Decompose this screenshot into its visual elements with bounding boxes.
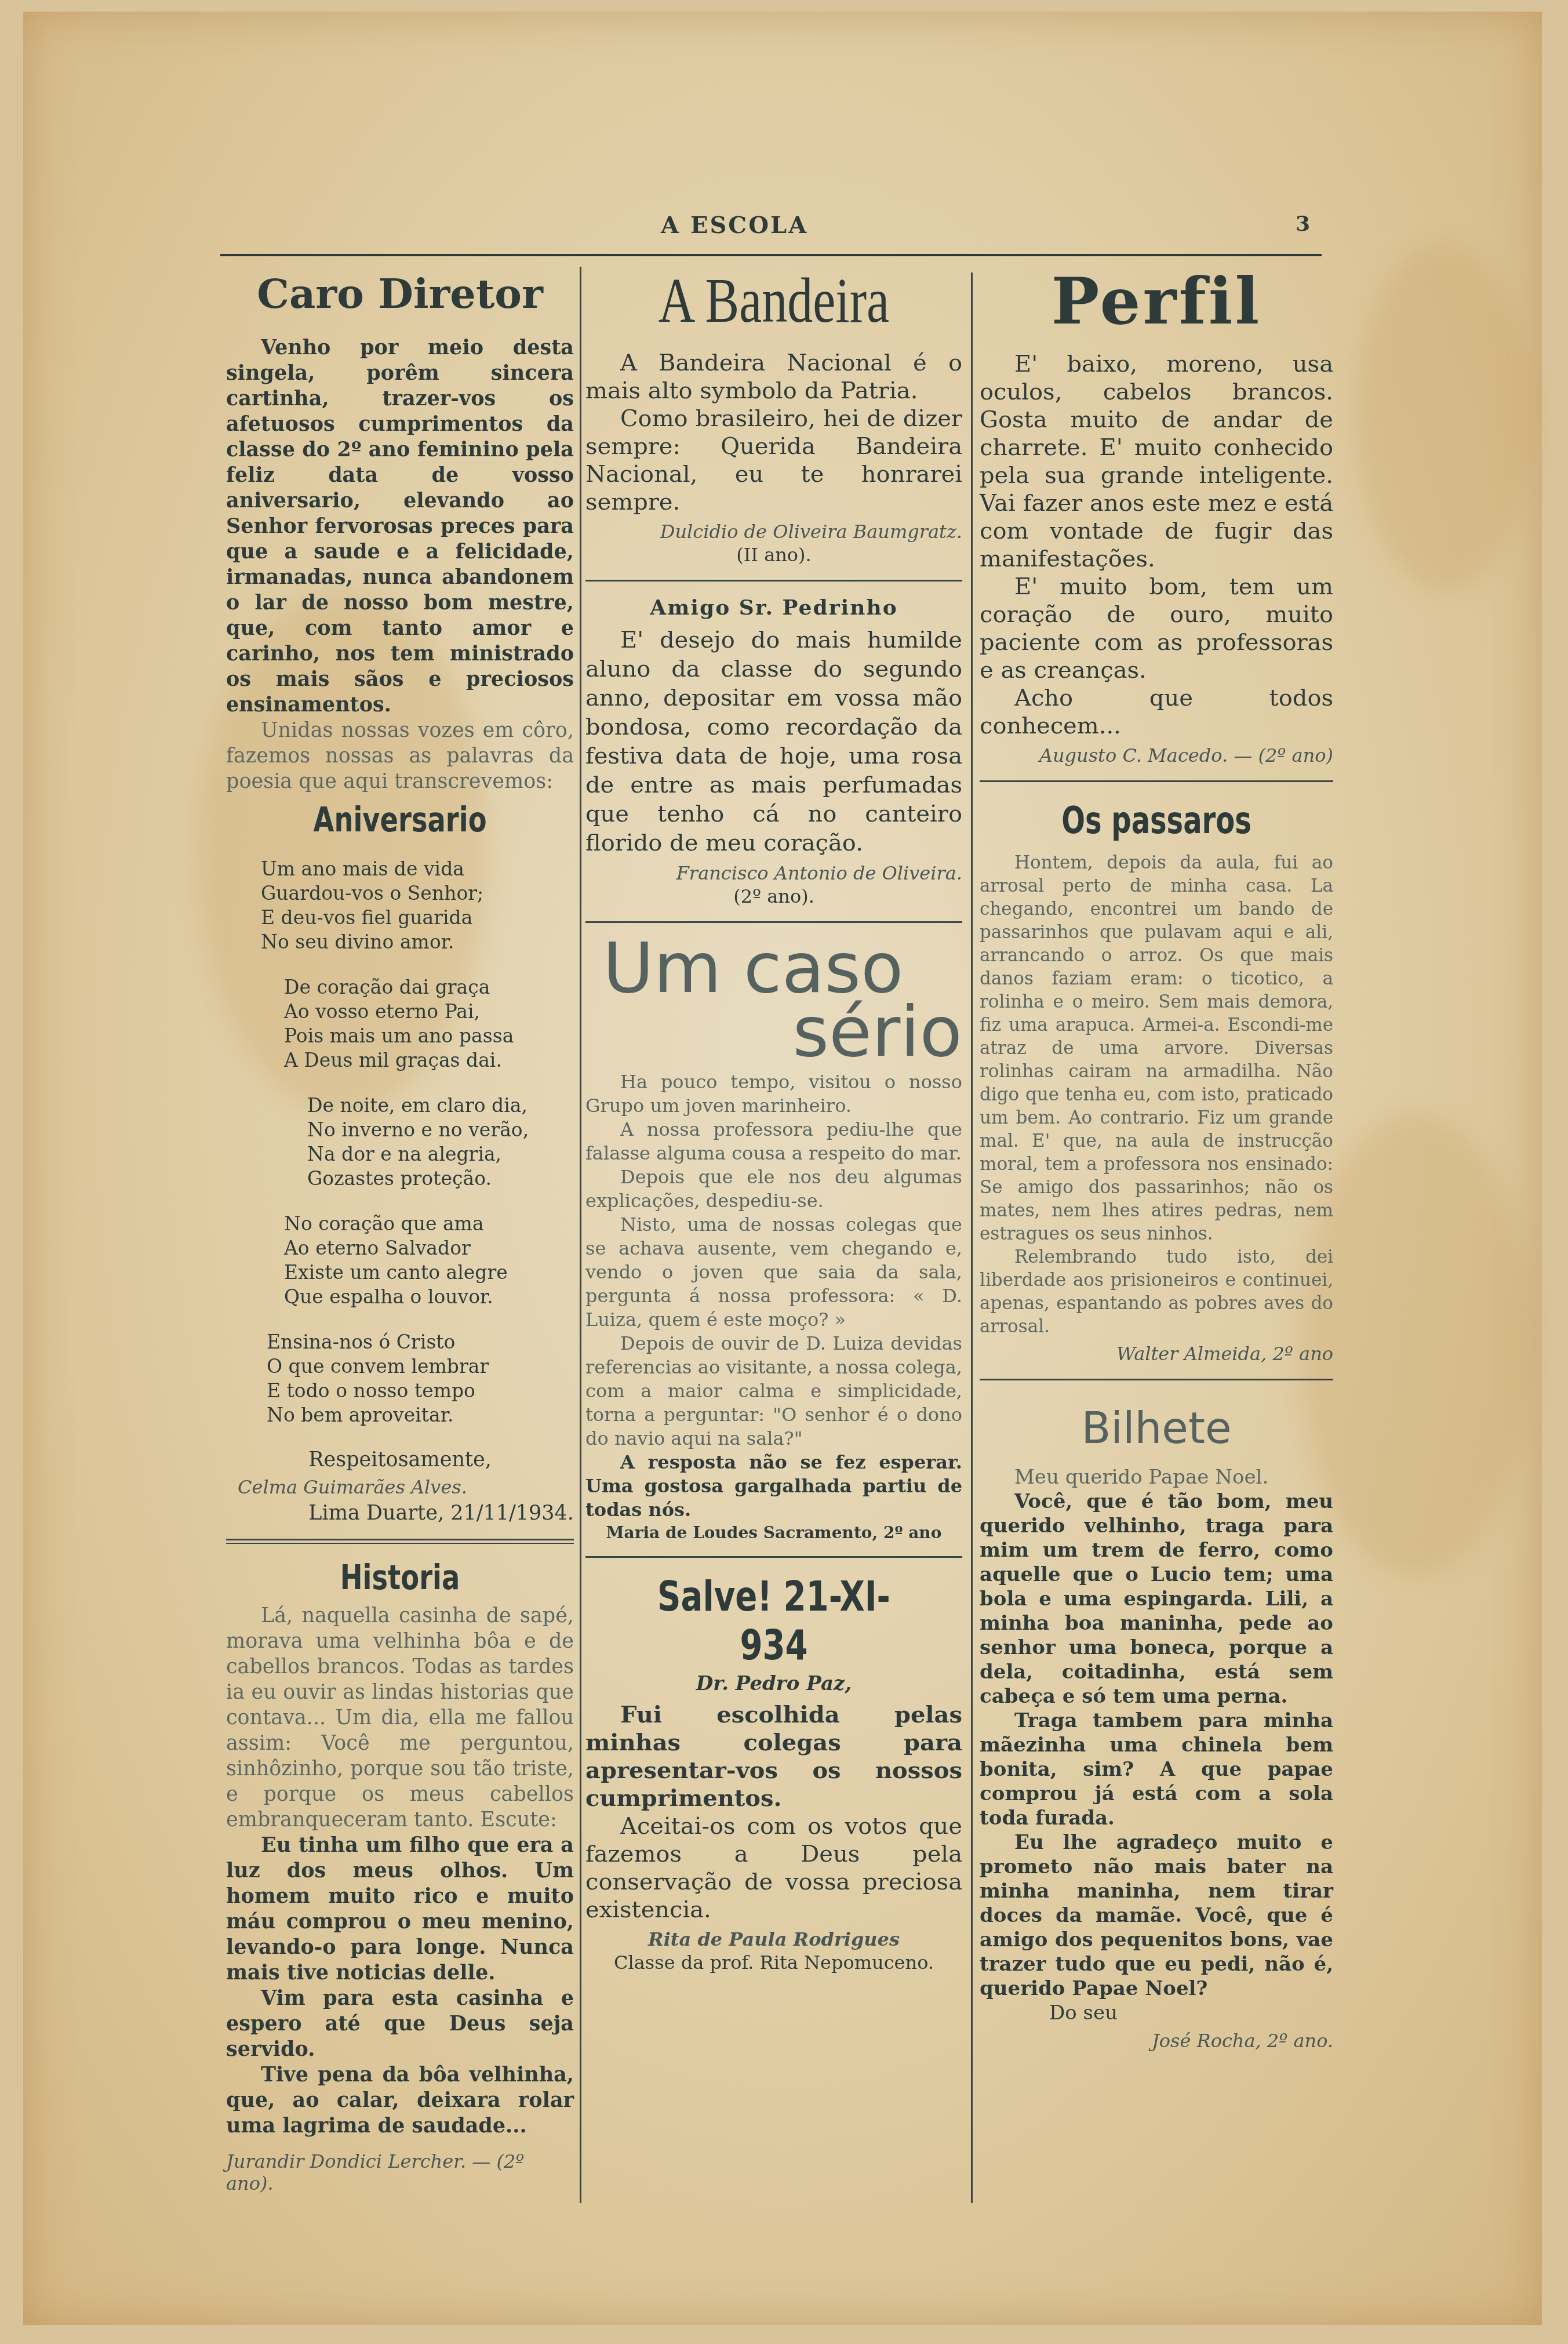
article-paragraph: E' muito bom, tem um coração de ouro, mu… (980, 573, 1333, 684)
author-signature: Celma Guimarães Alves. (238, 1476, 574, 1498)
section-divider (980, 780, 1333, 782)
poem-line: No seu divino amor. (261, 930, 574, 954)
article-paragraph: A resposta não se fez esperar. Uma gosto… (585, 1451, 962, 1522)
article-title: Os passaros (1024, 799, 1289, 842)
article-paragraph: Ha pouco tempo, visitou o nosso Grupo um… (585, 1070, 962, 1118)
article-title-line-2: sério (585, 1001, 962, 1064)
poem-stanza: No coração que ama Ao eterno Salvador Ex… (284, 1212, 574, 1309)
poem-line: Ao eterno Salvador (284, 1236, 574, 1260)
article-a-bandeira: A Bandeira A Bandeira Nacional é o mais … (585, 264, 962, 566)
article-paragraph: A nossa professora pediu-lhe que falasse… (585, 1118, 962, 1165)
author-signature: Walter Almeida, 2º ano (980, 1343, 1333, 1365)
article-paragraph: Eu tinha um filho que era a luz dos meus… (226, 1833, 574, 1986)
column-3: Perfil E' baixo, moreno, usa oculos, cab… (980, 264, 1333, 2052)
poem-line: O que convem lembrar (267, 1354, 574, 1379)
poem-line: Guardou-vos o Senhor; (261, 881, 574, 906)
article-title: Historia (261, 1558, 539, 1597)
column-divider (971, 272, 973, 2203)
poem-line: De noite, em claro dia, (307, 1093, 574, 1118)
article-paragraph: Unidas nossas vozes em côro, fazemos nos… (226, 718, 574, 794)
poem-line: No inverno e no verão, (307, 1118, 574, 1142)
page-number: 3 (1296, 212, 1310, 236)
article-paragraph: Aceitai-os com os votos que fazemos a De… (585, 1812, 962, 1924)
article-paragraph: E' desejo do mais humilde aluno da class… (585, 626, 962, 857)
column-divider (580, 267, 581, 2203)
poem-line: De coração dai graça (284, 975, 574, 1000)
poem-line: Que espalha o louvor. (284, 1285, 574, 1309)
author-signature: Dulcidio de Oliveira Baumgratz. (585, 521, 962, 543)
article-os-passaros: Os passaros Hontem, depois da aula, fui … (980, 799, 1333, 1365)
article-paragraph: Traga tambem para minha mãezinha uma chi… (980, 1709, 1333, 1830)
article-paragraph: Depois de ouvir de D. Luiza devidas refe… (585, 1332, 962, 1451)
section-divider (585, 1556, 962, 1558)
article-perfil: Perfil E' baixo, moreno, usa oculos, cab… (980, 264, 1333, 766)
article-paragraph: Depois que ele nos deu algumas explicaçõ… (585, 1165, 962, 1213)
poem-line: A Deus mil graças dai. (284, 1048, 574, 1073)
article-paragraph: Hontem, depois da aula, fui ao arrosal p… (980, 851, 1333, 1245)
article-amigo-sr-pedrinho: Amigo Sr. Pedrinho E' desejo do mais hum… (585, 595, 962, 907)
dateline: Lima Duarte, 21/11/1934. (226, 1502, 574, 1525)
article-paragraph: Relembrando tudo isto, dei liberdade aos… (980, 1245, 1333, 1338)
article-caro-diretor: Caro Diretor Venho por meio desta singel… (226, 270, 574, 1525)
author-grade: (II ano). (585, 544, 962, 566)
article-title: Caro Diretor (226, 270, 574, 318)
section-divider (980, 1379, 1333, 1380)
section-divider (585, 921, 962, 923)
article-historia: Historia Lá, naquella casinha de sapé, m… (226, 1558, 574, 2194)
paper-stain (1356, 244, 1530, 591)
poem-line: E deu-vos fiel guarida (261, 906, 574, 930)
article-bilhete: Bilhete Meu querido Papae Noel. Você, qu… (980, 1404, 1333, 2052)
article-paragraph: Do seu (1014, 2001, 1333, 2025)
author-signature: Francisco Antonio de Oliveira. (585, 862, 962, 884)
column-1: Caro Diretor Venho por meio desta singel… (226, 264, 574, 2194)
page-header: A ESCOLA 3 (220, 212, 1322, 258)
author-signature: Maria de Loudes Sacramento, 2º ano (585, 1523, 962, 1542)
poem-line: Pois mais um ano passa (284, 1024, 574, 1048)
article-paragraph: Você, que é tão bom, meu querido velhinh… (980, 1489, 1333, 1709)
author-grade: (2º ano). (585, 885, 962, 907)
poem-line: No bem aproveitar. (267, 1403, 574, 1427)
article-paragraph: Venho por meio desta singela, porêm sinc… (226, 335, 574, 718)
poem-stanza: De coração dai graça Ao vosso eterno Pai… (284, 975, 574, 1073)
poem-line: Na dor e na alegria, (307, 1142, 574, 1166)
article-title-line-1: Um caso (603, 937, 962, 1001)
article-paragraph: A Bandeira Nacional é o mais alto symbol… (585, 349, 962, 405)
poem-line: Existe um canto alegre (284, 1260, 574, 1285)
article-paragraph: Eu lhe agradeço muito e prometo não mais… (980, 1830, 1333, 2001)
newspaper-title: A ESCOLA (661, 212, 808, 239)
author-signature: José Rocha, 2º ano. (980, 2030, 1333, 2052)
article-title: Bilhete (980, 1404, 1333, 1453)
article-title: Salve! 21-XI-934 (627, 1572, 921, 1669)
poem-line: Um ano mais de vida (261, 857, 574, 881)
article-title: Perfil (980, 264, 1333, 339)
header-rule (220, 254, 1322, 256)
poem-stanza: De noite, em claro dia, No inverno e no … (307, 1093, 574, 1191)
paper-stain (1298, 1113, 1530, 1577)
article-salve: Salve! 21-XI-934 Dr. Pedro Paz, Fui esco… (585, 1572, 962, 1974)
author-signature: Augusto C. Macedo. — (2º ano) (980, 744, 1333, 766)
article-paragraph: Vim para esta casinha e espero até que D… (226, 1986, 574, 2062)
author-signature: Rita de Paula Rodrigues (585, 1928, 962, 1950)
article-paragraph: Lá, naquella casinha de sapé, morava uma… (226, 1603, 574, 1833)
article-paragraph: Como brasileiro, hei de dizer sempre: Qu… (585, 405, 962, 516)
article-title: A Bandeira (623, 264, 925, 337)
salutation: Dr. Pedro Paz, (585, 1672, 962, 1695)
article-title: Amigo Sr. Pedrinho (585, 595, 962, 620)
article-paragraph: Meu querido Papae Noel. (980, 1465, 1333, 1489)
article-paragraph: Tive pena da bôa velhinha, que, ao calar… (226, 2062, 574, 2139)
article-paragraph: Nisto, uma de nossas colegas que se acha… (585, 1213, 962, 1332)
article-paragraph: Acho que todos conhecem... (980, 684, 1333, 740)
poem-title: Aniversario (261, 800, 539, 840)
poem: Um ano mais de vida Guardou-vos o Senhor… (226, 857, 574, 1427)
section-divider (226, 1539, 574, 1544)
poem-line: Ao vosso eterno Pai, (284, 1000, 574, 1024)
column-2: A Bandeira A Bandeira Nacional é o mais … (585, 264, 962, 1974)
class-line: Classe da prof. Rita Nepomuceno. (585, 1951, 962, 1974)
article-um-caso-serio: Um caso sério Ha pouco tempo, visitou o … (585, 937, 962, 1542)
poem-line: Ensina-nos ó Cristo (267, 1330, 574, 1354)
letter-closing: Respeitosamente, (226, 1448, 574, 1471)
section-divider (585, 580, 962, 582)
article-paragraph: Fui escolhida pelas minhas colegas para … (585, 1701, 962, 1812)
poem-line: Gozastes proteção. (307, 1166, 574, 1191)
poem-line: No coração que ama (284, 1212, 574, 1236)
poem-stanza: Ensina-nos ó Cristo O que convem lembrar… (267, 1330, 574, 1427)
article-paragraph: E' baixo, moreno, usa oculos, cabelos br… (980, 350, 1333, 573)
author-signature: Jurandir Dondici Lercher. — (2º ano). (226, 2150, 574, 2194)
poem-line: E todo o nosso tempo (267, 1379, 574, 1403)
poem-stanza: Um ano mais de vida Guardou-vos o Senhor… (261, 857, 574, 954)
